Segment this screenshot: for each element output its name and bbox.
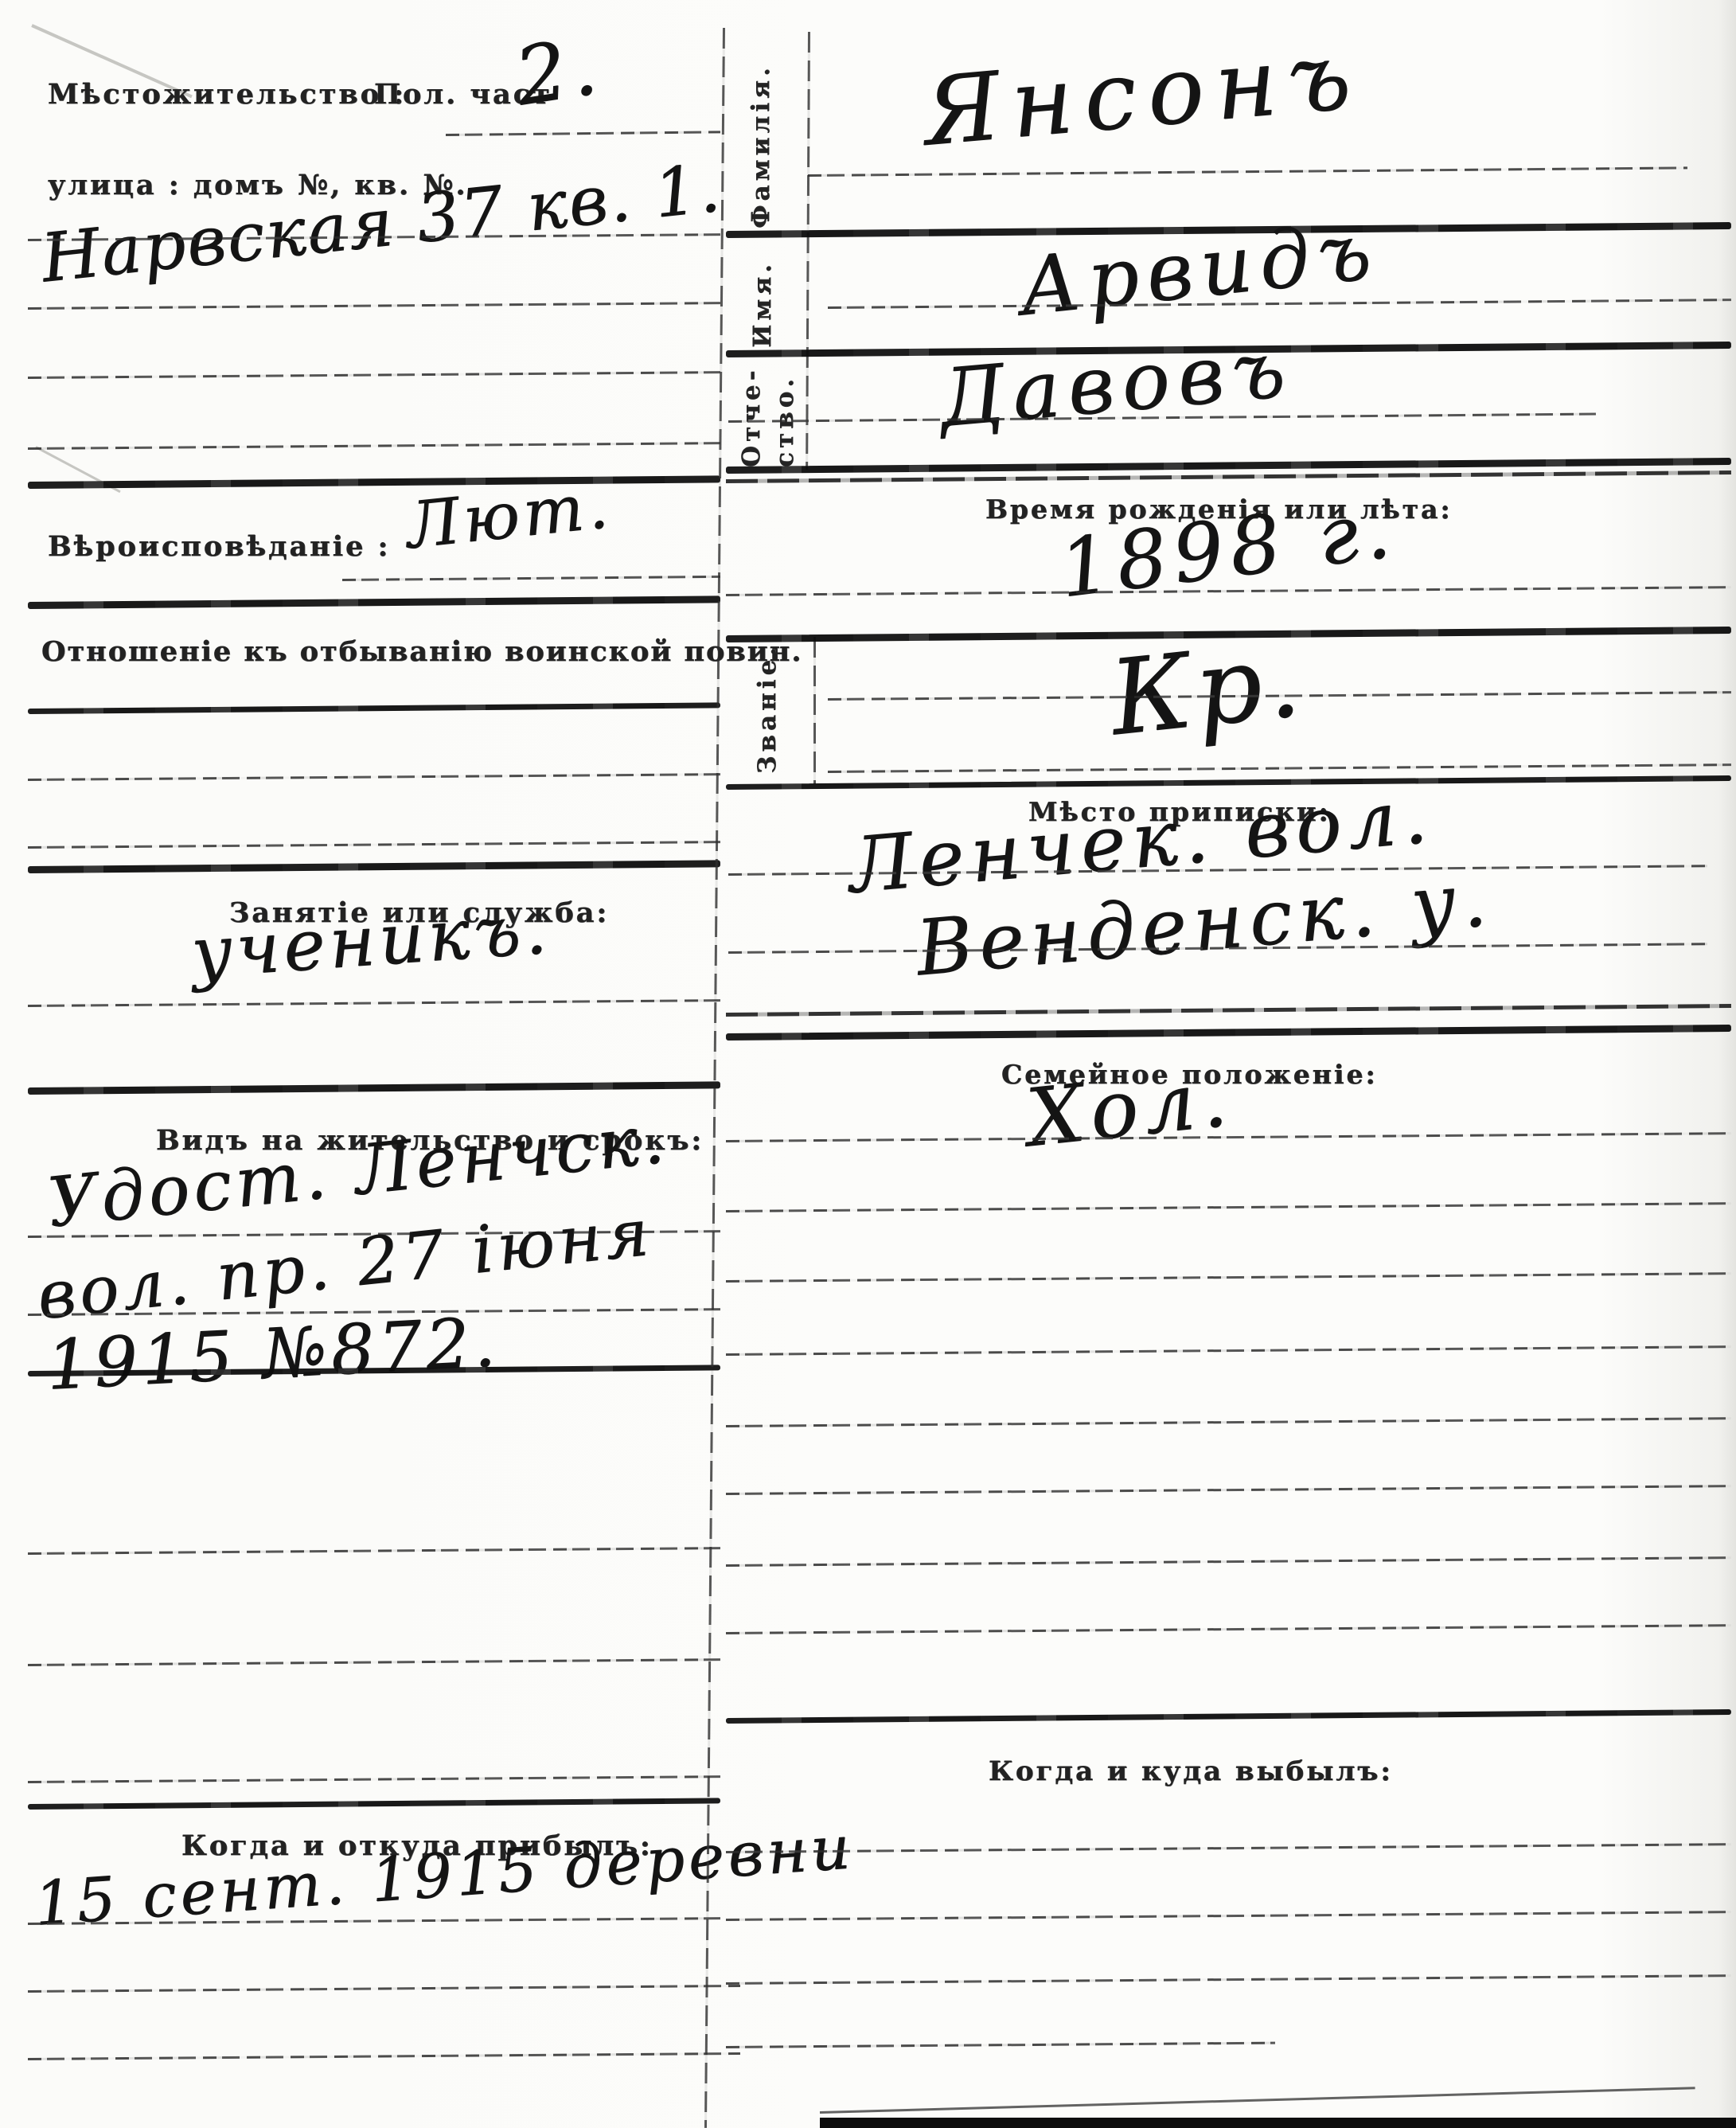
ruled-line-thick xyxy=(28,702,720,714)
ruled-line xyxy=(726,1485,1731,1495)
residence-value-handwriting: 2. xyxy=(510,25,606,117)
family-status-value-handwriting: Хол. xyxy=(1023,1058,1236,1159)
religion-value-handwriting: Лют. xyxy=(404,474,614,559)
occupation-value-handwriting: ученикъ. xyxy=(189,893,552,988)
ruled-line xyxy=(726,1345,1731,1356)
ruled-line-thick xyxy=(28,475,720,489)
residence-label: Мѣстожительство : xyxy=(48,78,406,111)
ruled-line xyxy=(28,773,720,781)
departure-label: Когда и куда выбылъ: xyxy=(989,1755,1393,1787)
ruled-line xyxy=(28,371,720,379)
ruled-line-medium xyxy=(726,1004,1731,1017)
firstname-strip-label: Имя. xyxy=(748,256,777,348)
religion-label: Вѣроисповѣданіе : xyxy=(48,530,390,563)
ruled-line-medium xyxy=(726,471,1731,483)
ruled-line-thick xyxy=(28,595,720,609)
ruled-line xyxy=(726,1417,1731,1427)
scan-edge-band xyxy=(820,2118,1736,2128)
ruled-line-thick xyxy=(28,1081,720,1095)
ruled-line-thick xyxy=(726,1709,1731,1724)
ruled-line xyxy=(808,166,1687,177)
ruled-line xyxy=(828,763,1731,773)
ruled-line-thick xyxy=(28,860,720,873)
ruled-line xyxy=(726,1556,1731,1567)
ruled-line xyxy=(28,302,720,310)
label-strip-border-line xyxy=(806,32,810,470)
ruled-line xyxy=(28,999,720,1007)
surname-strip-label: Фамилія. xyxy=(747,49,775,228)
patronymic-value-handwriting: Давовъ xyxy=(936,329,1295,439)
ruled-line xyxy=(28,442,720,450)
permit-value-line3-handwriting: 1915 №872. xyxy=(45,1308,501,1400)
ruled-line xyxy=(726,1974,1731,1985)
ruled-line-thick xyxy=(726,1025,1731,1041)
rank-strip-label: Званіе. xyxy=(753,654,782,774)
ruled-line xyxy=(28,1658,720,1666)
surname-value-handwriting: Янсонъ xyxy=(920,27,1365,159)
ruled-line xyxy=(446,131,720,136)
military-service-label: Отношеніе къ отбыванію воинской повин. xyxy=(41,635,803,668)
patronymic-strip-label-line2: ство. xyxy=(770,360,799,467)
ruled-line xyxy=(342,576,720,581)
ruled-line xyxy=(28,1985,740,1993)
ruled-line-thick xyxy=(28,1798,720,1810)
patronymic-strip-label-line1: Отче- xyxy=(737,360,766,467)
ruled-line xyxy=(28,2052,740,2060)
ruled-line xyxy=(726,1911,1731,1921)
ruled-line xyxy=(726,1202,1731,1212)
ruled-line xyxy=(726,1843,1731,1853)
registration-card-page: Мѣстожительство : Пол. част 2. улица : д… xyxy=(0,0,1736,2128)
rank-value-handwriting: Кр. xyxy=(1106,627,1309,751)
column-divider-line xyxy=(704,28,725,2128)
ruled-line xyxy=(28,1547,720,1555)
ruled-line xyxy=(28,1775,720,1783)
ruled-line xyxy=(726,1624,1731,1634)
ruled-line xyxy=(726,1272,1731,1283)
label-strip-border-line xyxy=(813,637,816,784)
ruled-line xyxy=(726,2042,1275,2048)
page-edge-line xyxy=(820,2087,1695,2114)
ruled-line xyxy=(28,841,720,849)
